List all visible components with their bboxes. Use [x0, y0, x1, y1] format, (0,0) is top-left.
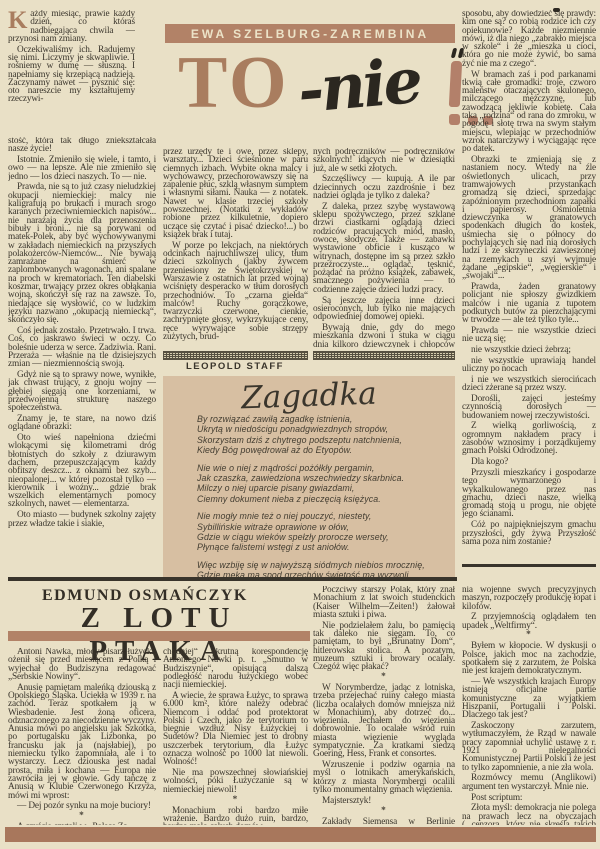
paragraph: Rozmówcy memu (Anglikowi) argument ten w… [462, 774, 596, 791]
exclamation-tick-icon [451, 48, 457, 58]
paragraph: Prawda — nie wszystkie dzieci nie uczą s… [462, 327, 596, 344]
paragraph: Kiedy Bóg powędrował aż do Etyopów. [197, 445, 455, 455]
section-separator: * [313, 808, 455, 815]
flight-article-column-2: chodniej“ okrutną korespondencję Antonie… [163, 648, 308, 825]
exclamation-dot [449, 114, 460, 125]
section-separator: * [8, 813, 156, 820]
paragraph: Wzruszenie i podziw ogarnia na myśl o lo… [313, 761, 455, 794]
page-bottom-bar [5, 827, 596, 842]
paragraph: Szczęśliwcy — kupują. A ile par dziecinn… [313, 175, 455, 200]
drop-cap: K [8, 10, 30, 31]
paragraph: stość, która tak długo zniekształcała na… [8, 137, 156, 154]
paragraph: Z daleka, przez szybę wystawową sklepu s… [313, 203, 455, 294]
poem-author: LEOPOLD STAFF [186, 361, 284, 372]
section-separator: * [462, 632, 596, 639]
paragraph: Więc wzbiję się w najwyższą siódmych nie… [197, 560, 455, 570]
title-word-to: TO [178, 40, 290, 126]
paragraph: — We wszystkich krajach Europy istnieją … [462, 678, 596, 719]
paragraph: W porze po lekcjach, na niektórych odcin… [163, 242, 308, 342]
flight-article-column-3: Poczciwy starszy Polak, który znał Monac… [313, 586, 455, 825]
paragraph: Milczy o niej uparcie pisany gwiazdami, [197, 483, 455, 493]
paragraph: nie wszystkie dzieci żebrzą; [462, 346, 596, 354]
flight-article-column-1: Antoni Nawka, młody pisarz łużycki, ożen… [8, 648, 156, 825]
paragraph: Są jeszcze zajęcia inne dzieci osierocon… [313, 297, 455, 322]
children-article-column-1: stość, która tak długo zniekształcała na… [8, 137, 156, 577]
paragraph: chodniej“ okrutną korespondencję Antonie… [163, 648, 308, 689]
paragraph-list: Oczekiwaliśmy ich. Radujemy się nimi. Li… [8, 46, 135, 104]
paragraph: Nie podzielałem żalu, bo pamięcią tak da… [313, 622, 455, 672]
paragraph: Złota myśl: demokracja nie polega na pra… [462, 804, 596, 825]
paragraph: Z przyjemnością oglądałem ten upadek „We… [462, 613, 596, 630]
title-word-nie: -nie [295, 41, 423, 131]
hatched-divider [313, 351, 455, 360]
paragraph: Istotnie. Zmieniło się wiele, i tamto, i… [8, 156, 156, 181]
paragraph: A wiecie, że sprawa Łużyc, to sprawa 6.0… [163, 692, 308, 767]
paragraph: Obrazki te zmieniają się z nastaniem noc… [462, 156, 596, 280]
paragraph: Post scriptum: [462, 794, 596, 802]
author-band-label: EWA SZELBURG-ZAREMBINA [191, 27, 429, 41]
paragraph: — Dej pozór synku na moje buciory! [8, 802, 156, 810]
paragraph: i nie we wszystkich sierocińcach dzieci … [462, 376, 596, 393]
paragraph: Byłem w kłopocie. W dyskusji o Polsce, j… [462, 642, 596, 675]
paragraph: Nie wie o niej z mądrości pożółkły perga… [197, 463, 455, 473]
paragraph: Poczciwy starszy Polak, który znał Monac… [313, 586, 455, 619]
paragraph: nych podręczników — podręczników szkolny… [313, 148, 455, 173]
headline-brown-bar [8, 631, 310, 641]
newspaper-page: EWA SZELBURG-ZAREMBINA TO -nie Każdy mie… [0, 0, 600, 849]
paragraph: Coś jednak zostało. Przetrwało. I trwa. … [8, 327, 156, 368]
paragraph: Majstersztyk! [313, 797, 455, 805]
section-separator: * [313, 674, 455, 681]
paragraph: Zaskoczony zarzutem, wytłumaczyłem, że R… [462, 722, 596, 772]
paragraph: A czyście czytali w „Polsce Za- [8, 823, 156, 825]
exclamation-bar [449, 61, 462, 107]
paragraph: Dla kogo? [462, 458, 596, 466]
poem-stanza-2: Nie wie o niej z mądrości pożółkły perga… [197, 463, 455, 505]
paragraph: Ciemny dokument nieba z pieczęcią księży… [197, 494, 455, 504]
children-article-column-4: sposobu, aby dowiedzieć się prawdy: kim … [462, 10, 596, 560]
paragraph: Zakłady Siemensa w Berlinie całkowicie p… [313, 818, 455, 825]
paragraph: Anusię pamiętam maleńką dziouską z Opols… [8, 684, 156, 800]
paragraph: przez urzędy te i owe, przez sklepy, war… [163, 148, 308, 239]
paragraph: Nie mogły mnie też o niej pouczyć, niest… [197, 511, 455, 521]
paragraph: Prawda, żaden granatowy policjant nie sp… [462, 283, 596, 324]
paragraph: Oto miasto — budynek szkolny zajęty prze… [8, 511, 156, 528]
paragraph: Bywają dnie, gdy do mego mieszkania dzwo… [313, 324, 455, 348]
paragraph: nie wszystkie uprawiają handel uliczny p… [462, 357, 596, 374]
paragraph: Prawda, nie są to już czasy nieludzkiej … [8, 183, 156, 324]
paragraph: Antoni Nawka, młody pisarz łużycki, ożen… [8, 648, 156, 681]
paragraph: Gdyż nie są to sprawy nowe, wynikłe, jak… [8, 371, 156, 412]
flight-article-column-4: nia wojenne swych precyzyjnych maszyn, r… [462, 586, 596, 825]
paragraph: Ukrytą w niedościgu ponadgwiezdnych stro… [197, 424, 455, 434]
paragraph: Znamy je, te stare, na nowo dziś oglądan… [8, 415, 156, 432]
paragraph: Sybillińskie witraże oprawione w ołów, [197, 522, 455, 532]
section-separator: * [163, 797, 308, 804]
paragraph: Gdzie w ciągu wieków spełzły prorocze we… [197, 532, 455, 542]
paragraph: Skorzystam dziś z chytrego podszeptu nat… [197, 435, 455, 445]
paragraph: nia wojenne swych precyzyjnych maszyn, r… [462, 586, 596, 611]
children-article-column-2: przez urzędy te i owe, przez sklepy, war… [163, 148, 308, 348]
children-article-column-1-top: Każdy miesiąc, prawie każdy dzień, co kt… [8, 10, 135, 135]
poem-box: Zagadka By rozwiązać zawiłą zagadkę istn… [163, 376, 455, 577]
paragraph: Cóż po najpiękniejszym gmachu przyszłośc… [462, 521, 596, 546]
horizontal-rule [462, 564, 596, 567]
horizontal-rule [8, 577, 457, 581]
poem-stanza-4: Więc wzbiję się w najwyższą siódmych nie… [197, 560, 455, 577]
poem-stanza-1: By rozwiązać zawiłą zagadkę istnienia,Uk… [197, 414, 455, 456]
hatched-divider [163, 351, 308, 360]
paragraph: W Norymberdze, jadąc z lotniska, trzeba … [313, 684, 455, 759]
paragraph: Oczekiwaliśmy ich. Radujemy się nimi. Li… [8, 46, 135, 104]
children-article-column-3: nych podręczników — podręczników szkolny… [313, 148, 455, 348]
paragraph: W bramach zaś i pod parkanami tkwią całe… [462, 71, 596, 154]
paragraph: Płynące falistemi wstęgi z ust aniołów. [197, 542, 455, 552]
poem-title: Zagadka [163, 376, 455, 419]
paragraph: Dorośli, zajęci jesteśmy czynnością doro… [462, 395, 596, 420]
paragraph: Oto wieś napełniona dziećmi wlokącymi si… [8, 434, 156, 509]
paragraph: Monachium robi bardzo miłe wrażenie. Bar… [163, 807, 308, 825]
paragraph: Nie ma powszechnej słowiańskiej wolności… [163, 769, 308, 794]
paragraph: Jak czaszka, zawiedziona wszechwiedzy sk… [197, 473, 455, 483]
paragraph: Gdzie męka ma spod grzechów świętość mą … [197, 570, 455, 577]
poem-stanza-3: Nie mogły mnie też o niej pouczyć, niest… [197, 511, 455, 553]
paragraph: Przyszli mieszkańcy i gospodarze tego wy… [462, 469, 596, 519]
paragraph: sposobu, aby dowiedzieć się prawdy: kim … [462, 10, 596, 68]
paragraph: Z wielką gorliwością, z ogromnym nakłade… [462, 422, 596, 455]
article-title: TO -nie [170, 40, 510, 140]
